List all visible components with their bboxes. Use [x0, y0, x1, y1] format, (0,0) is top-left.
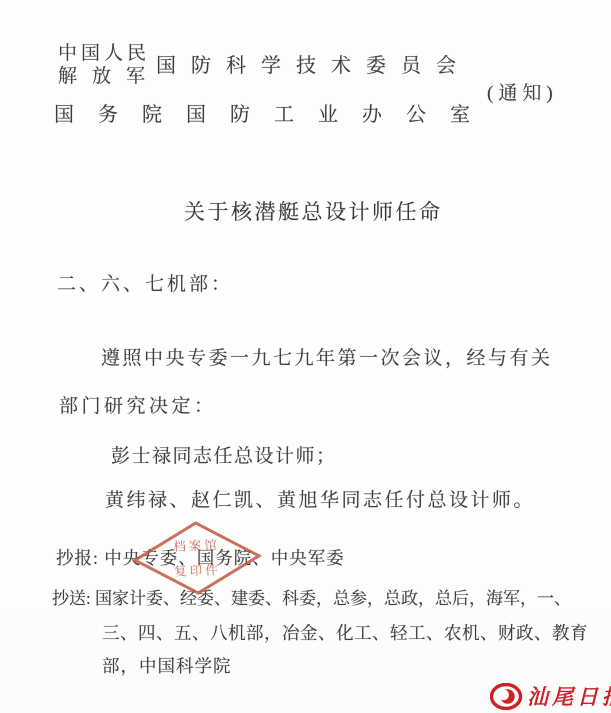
issuer-name-state-council-office: 国务院国防工业办公室 [54, 98, 494, 127]
scanned-document-page: 中国人民 解放军 国防科学技术委员会 (通知) 国务院国防工业办公室 关于核潜艇… [0, 0, 611, 713]
appointment-deputy-designers: 黄纬禄、赵仁凯、黄旭华同志任付总设计师。 [105, 485, 535, 512]
copy-send-line1: 抄送: 国家计委、经委、建委、科委，总参，总政，总后，海军，一、 [52, 584, 571, 609]
appointment-chief-designer: 彭士禄同志任总设计师； [111, 441, 337, 468]
copy-report-line: 抄报: 中央专委、国务院、中央军委 [56, 545, 345, 570]
document-title: 关于核潜艇总设计师任命 [184, 196, 443, 226]
newspaper-watermark: 汕尾日报 [490, 681, 611, 711]
copy-send-line3: 部，中国科学院 [102, 653, 232, 678]
body-paragraph-line2: 部门研究决定： [59, 391, 217, 418]
issuer-name-defense-committee: 国防科学技术委员会 [156, 49, 471, 78]
body-paragraph-line1: 遵照中央专委一九七九年第一次会议，经与有关 [101, 343, 553, 370]
newspaper-logo-icon [490, 683, 523, 710]
issuer-stack-line2: 解放军 [58, 61, 160, 88]
body-salutation: 二、六、七机部： [57, 269, 233, 296]
doc-type-note: (通知) [487, 78, 558, 105]
newspaper-name: 汕尾日报 [527, 681, 611, 711]
copy-send-line2: 三、四、五、八机部，冶金、化工、轻工、农机、财政、教育 [102, 620, 588, 645]
